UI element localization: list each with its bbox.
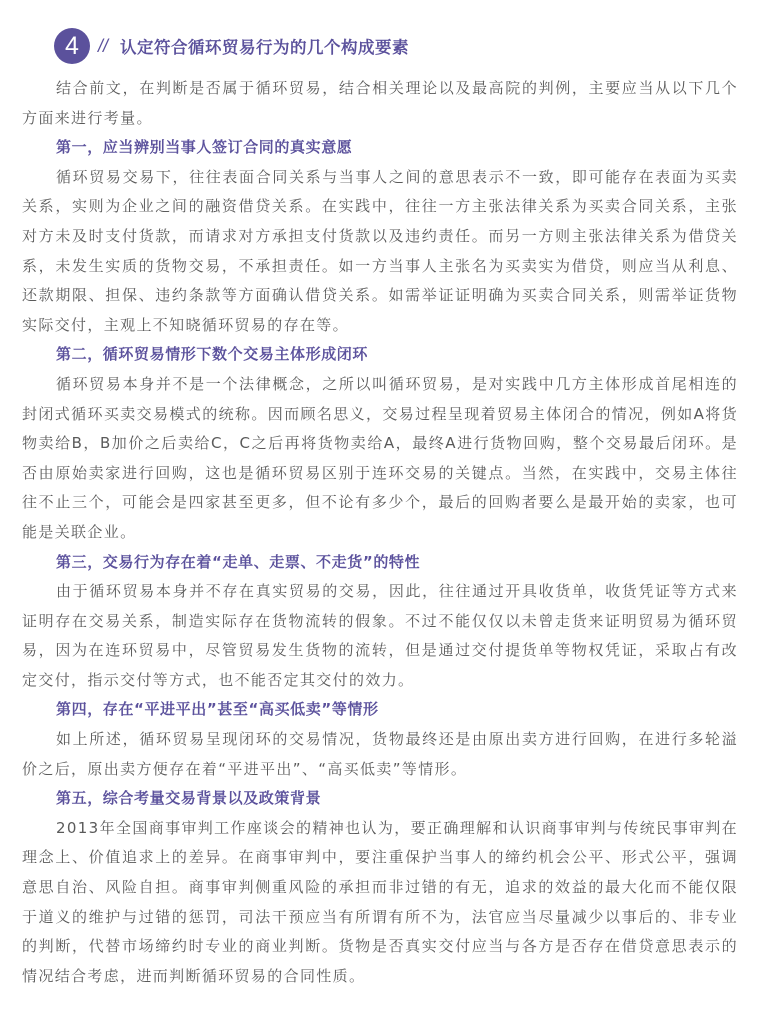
section-title: 认定符合循环贸易行为的几个构成要素 [120, 34, 409, 58]
section-number-badge: 4 [54, 28, 90, 64]
paragraph-4: 如上所述，循环贸易呈现闭环的交易情况，货物最终还是由原出卖方进行回购，在进行多轮… [22, 725, 738, 784]
paragraph-1: 循环贸易交易下，往往表面合同关系与当事人之间的意思表示不一致，即可能存在表面为买… [22, 163, 738, 341]
paragraph-5: 2013年全国商事审判工作座谈会的精神也认为，要正确理解和认识商事审判与传统民事… [22, 814, 738, 992]
paragraph-2: 循环贸易本身并不是一个法律概念，之所以叫循环贸易，是对实践中几方主体形成首尾相连… [22, 370, 738, 548]
subheading-4: 第四，存在“平进平出”甚至“高买低卖”等情形 [22, 695, 738, 725]
subheading-5: 第五，综合考量交易背景以及政策背景 [22, 784, 738, 814]
subheading-3: 第三，交易行为存在着“走单、走票、不走货”的特性 [22, 548, 738, 578]
separator-slashes: // [98, 36, 108, 57]
intro-paragraph: 结合前文，在判断是否属于循环贸易，结合相关理论以及最高院的判例，主要应当从以下几… [22, 74, 738, 133]
subheading-2: 第二，循环贸易情形下数个交易主体形成闭环 [22, 340, 738, 370]
paragraph-3: 由于循环贸易本身并不存在真实贸易的交易，因此，往往通过开具收货单，收货凭证等方式… [22, 577, 738, 695]
article-body: 结合前文，在判断是否属于循环贸易，结合相关理论以及最高院的判例，主要应当从以下几… [22, 74, 738, 991]
subheading-1: 第一，应当辨别当事人签订合同的真实意愿 [22, 133, 738, 163]
section-header: 4 // 认定符合循环贸易行为的几个构成要素 [54, 26, 409, 66]
